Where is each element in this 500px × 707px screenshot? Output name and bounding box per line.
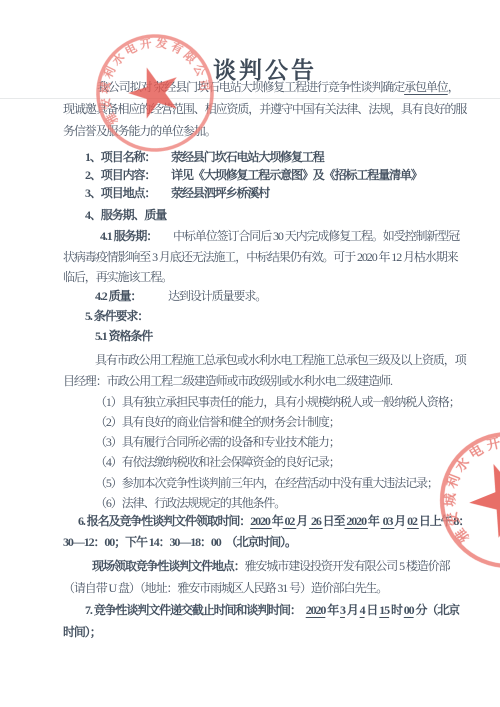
paragraph-c4: （4）有依法缴纳税收和社会保障资金的良好记录；: [95, 452, 340, 472]
paragraph-cond: 5. 条件要求：: [85, 306, 148, 326]
text-run: 1、项目名称： 荥经县门坎石电站大坝修复工程: [85, 150, 324, 164]
text-run: 2020: [306, 603, 326, 617]
text-run: 02: [407, 514, 419, 528]
text-run: 时: [389, 603, 404, 617]
paragraph-intro: 我公司拟对 荥经县门坎石电站大坝修复工程进行竞争性谈判确定承包单位，现诚邀具备相…: [63, 76, 469, 142]
text-run: 达到设计质量要求。: [135, 289, 266, 303]
text-run: 日: [365, 603, 380, 617]
paragraph-item4: 4、服务期、质量: [85, 205, 166, 225]
paragraph-c2: （2）具有良好的商业信誉和健全的财务会计制度；: [95, 412, 340, 432]
text-run: （3）具有履行合同所必需的设备和专业技术能力；: [95, 435, 340, 449]
text-run: 26: [309, 514, 323, 528]
text-run: 6. 报名及竞争性谈判文件领取时间：: [78, 514, 250, 528]
text-run: 现场领取竞争性谈判文件地点：: [92, 559, 245, 573]
text-run: 年: [368, 514, 381, 528]
text-run: 2、项目内容： 详见《大坝修复工程示意图》及《招标工程量清单》: [85, 168, 422, 182]
text-run: 月: [345, 603, 360, 617]
text-run: 4.1 服务期：: [100, 229, 151, 243]
paragraph-c3: （3）具有履行合同所必需的设备和专业技术能力；: [95, 432, 340, 452]
text-run: 3、项目地点： 荥经县泗坪乡桥溪村: [85, 186, 269, 200]
text-run: 4、服务期、质量: [85, 208, 166, 222]
text-run: 具有市政公用工程施工总承包或水利水电工程施工总承包三级及以上资质，项目经理：市政…: [63, 353, 466, 388]
paragraph-collect: 6. 报名及竞争性谈判文件领取时间：2020 年 02 月 26 日至 2020…: [63, 511, 471, 553]
text-run: 年: [272, 514, 283, 528]
paragraph-item1: 1、项目名称： 荥经县门坎石电站大坝修复工程: [85, 147, 324, 167]
paragraph-c1: （1）具有独立承担民事责任的能力，具有小规模纳税人或一般纳税人资格；: [95, 392, 460, 412]
paragraph-c5: （5）参加本次竞争性谈判前三年内，在经营活动中没有重大违法记录；: [95, 473, 438, 493]
text-run: 4.2 质量：: [95, 289, 135, 303]
document-page: 谈判公告 我公司拟对 荥经县门坎石电站大坝修复工程进行竞争性谈判确定承包单位，现…: [0, 0, 500, 707]
paragraph-item2: 2、项目内容： 详见《大坝修复工程示意图》及《招标工程量清单》: [85, 165, 422, 185]
paragraph-qual-title: 5.1 资格条件: [95, 326, 152, 346]
text-run: 5. 条件要求：: [85, 309, 148, 323]
text-run: 我公司拟对 荥经县门坎石电站大坝修复工程进行竞争性谈判确定: [97, 80, 404, 94]
paragraph-quality: 4.2 质量： 达到设计质量要求。: [95, 286, 266, 306]
paragraph-qual-body: 具有市政公用工程施工总承包或水利水电工程施工总承包三级及以上资质，项目经理：市政…: [63, 350, 467, 392]
text-run: 月: [296, 514, 309, 528]
paragraph-c6: （6）法律、行政法规规定的其他条件。: [95, 493, 285, 513]
paragraph-site: 现场领取竞争性谈判文件地点：雅安城市建设投资开发有限公司 5 楼造价部（请自带 …: [63, 555, 467, 599]
text-run: 承包单位: [404, 80, 448, 94]
paragraph-item3: 3、项目地点： 荥经县泗坪乡桥溪村: [85, 183, 269, 203]
text-run: 2020: [250, 514, 272, 528]
text-run: 5.1 资格条件: [95, 329, 152, 343]
text-run: 15: [379, 603, 389, 617]
text-run: （2）具有良好的商业信誉和健全的财务会计制度；: [95, 415, 340, 429]
text-run: 02: [283, 514, 297, 528]
text-run: 日至: [323, 514, 345, 528]
text-run: （1）具有独立承担民事责任的能力，具有小规模纳税人或一般纳税人资格；: [95, 395, 460, 409]
text-run: 7. 竞争性谈判文件递交截止时间和谈判时间：: [85, 603, 306, 617]
text-run: （5）参加本次竞争性谈判前三年内，在经营活动中没有重大违法记录；: [95, 476, 438, 490]
text-run: 年: [325, 603, 340, 617]
text-run: 03: [381, 514, 395, 528]
text-run: 00: [404, 603, 414, 617]
text-run: 月: [394, 514, 407, 528]
paragraph-deadline: 7. 竞争性谈判文件递交截止时间和谈判时间： 2020 年 3 月 4 日 15…: [63, 600, 467, 643]
text-run: （4）有依法缴纳税收和社会保障资金的良好记录；: [95, 455, 340, 469]
paragraph-svc: 4.1 服务期： 中标单位签订合同后 30 天内完成修复工程。如受控制新型冠状病…: [63, 226, 467, 288]
text-run: 2020: [344, 514, 367, 528]
text-run: （6）法律、行政法规规定的其他条件。: [95, 496, 285, 510]
